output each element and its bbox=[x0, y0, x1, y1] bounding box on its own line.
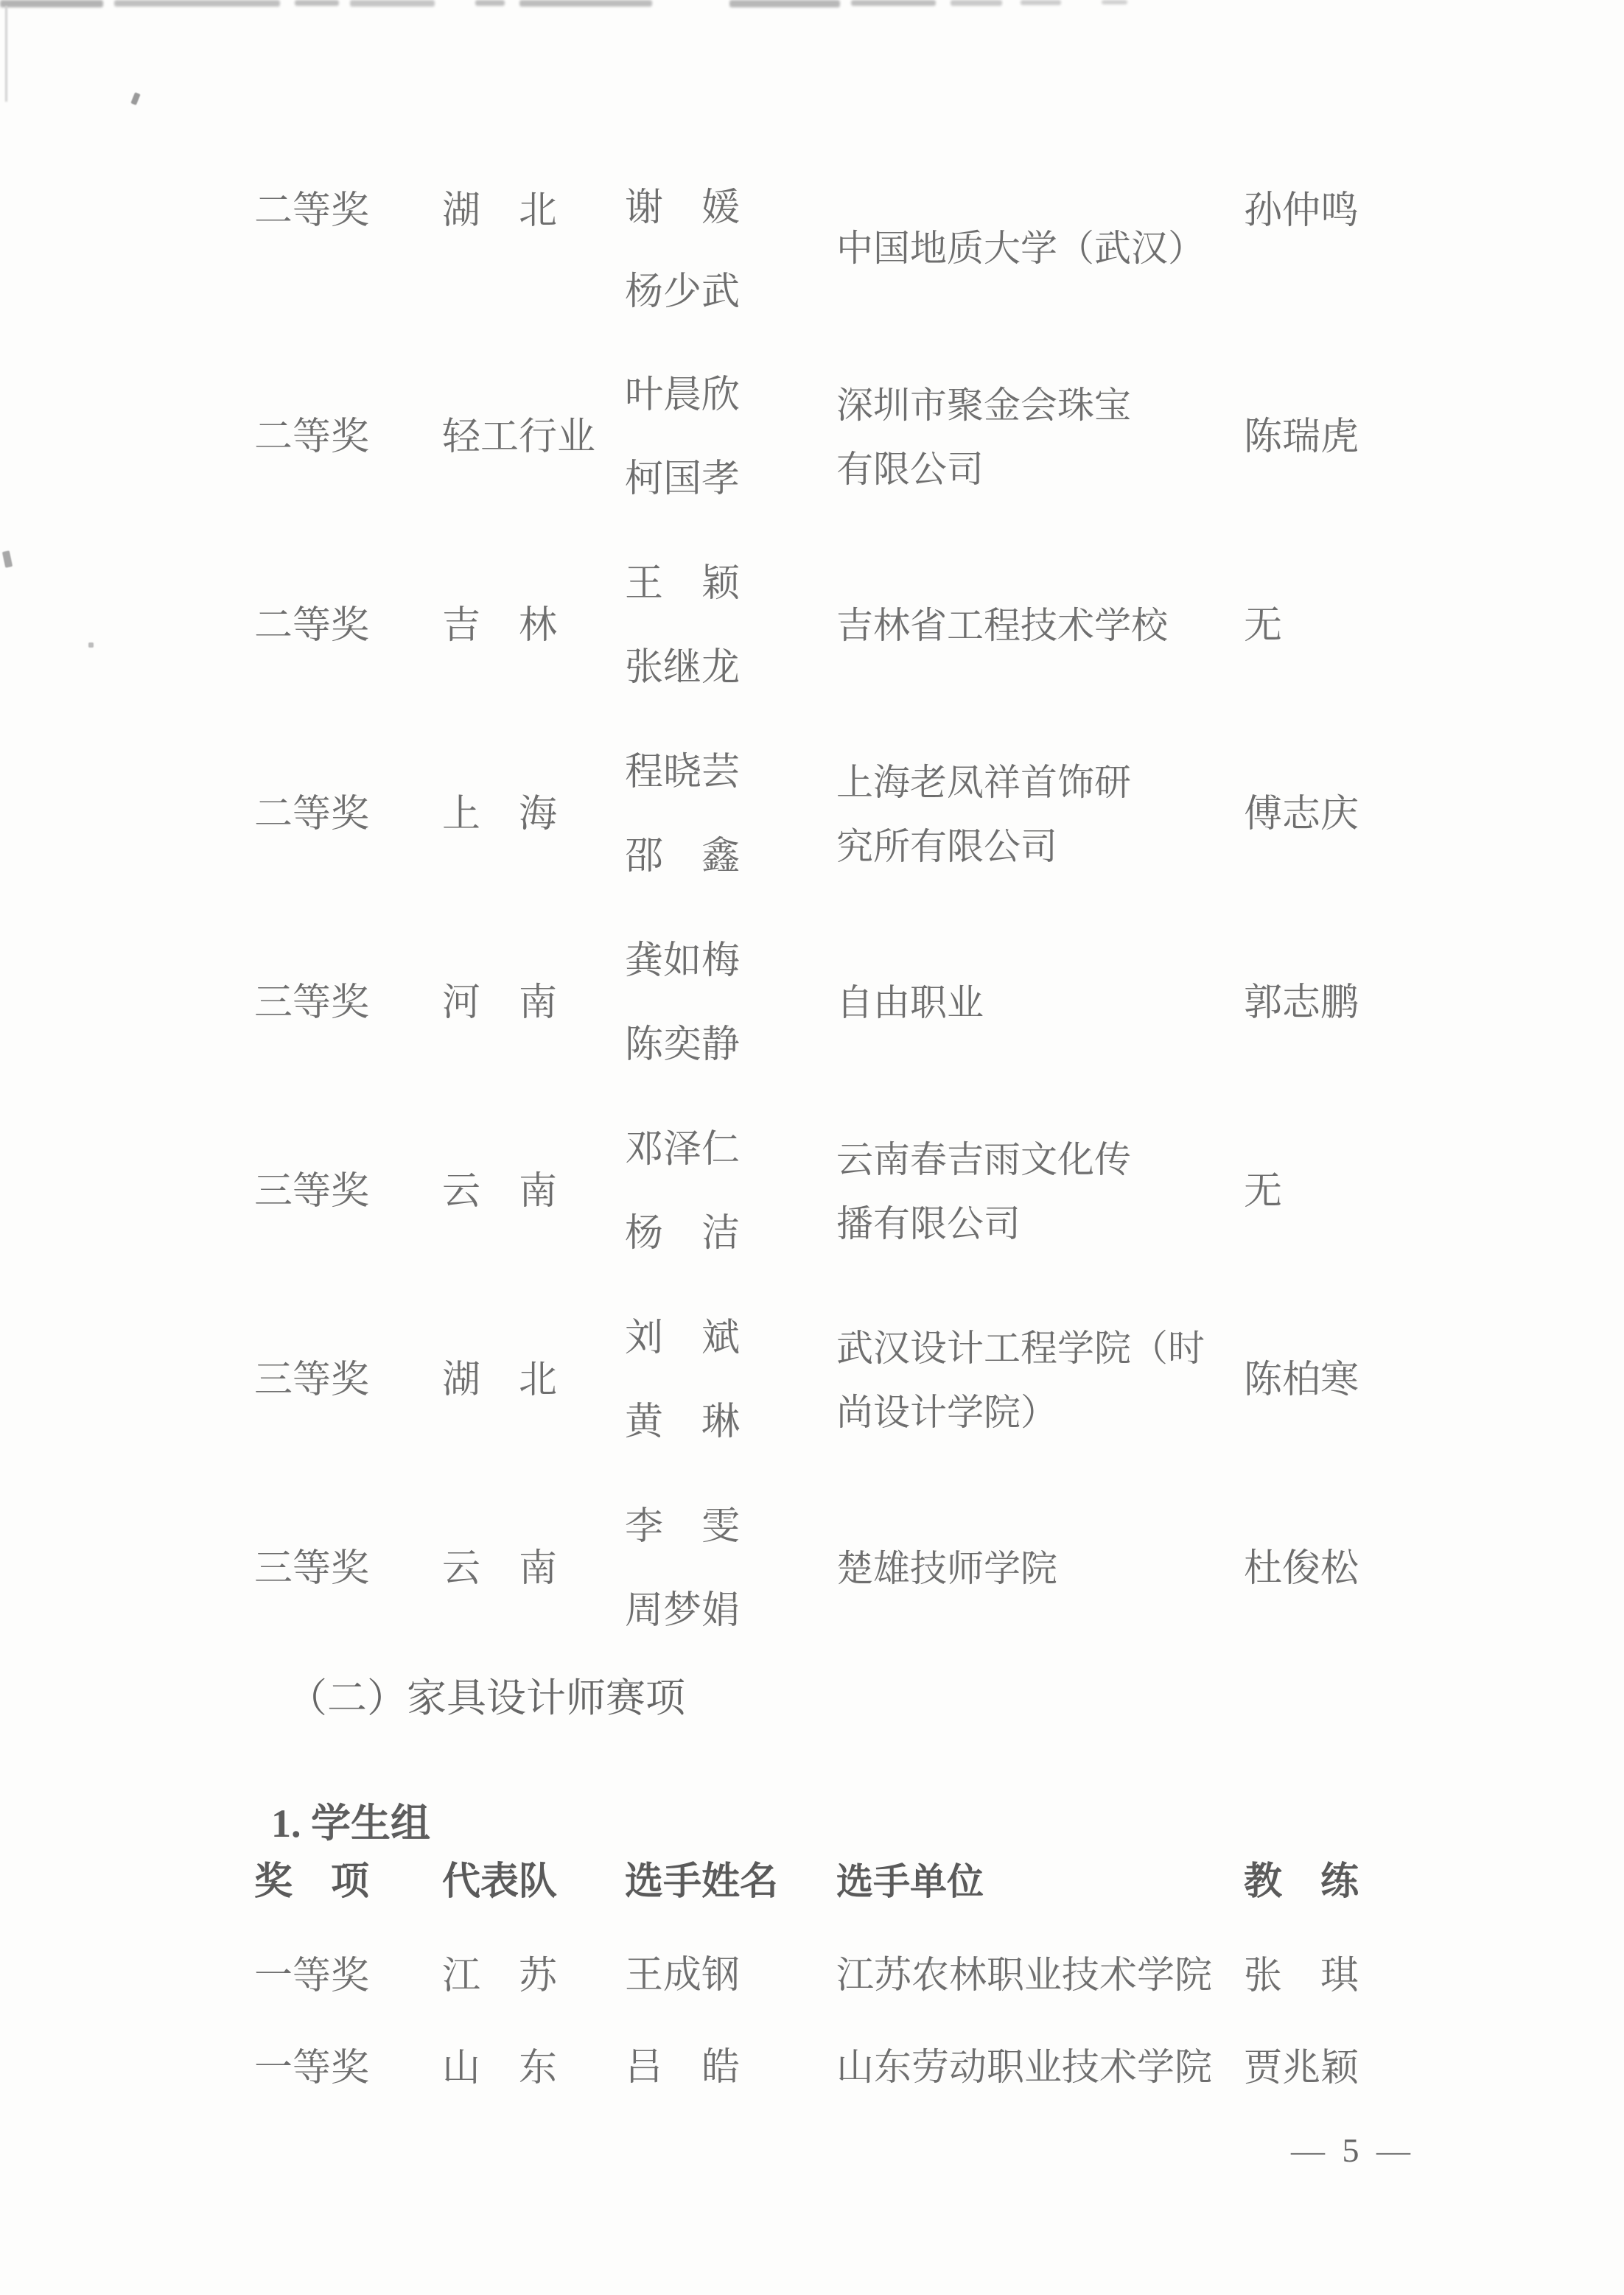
award-cell: 三等奖 bbox=[254, 1475, 431, 1664]
players-cell: 叶晨欣 柯国孝 bbox=[625, 343, 835, 532]
coach-cell: 无 bbox=[1244, 1098, 1450, 1286]
players-cell: 龚如梅 陈奕静 bbox=[625, 909, 835, 1098]
unit-cell: 江苏农林职业技术学院 bbox=[836, 1930, 1242, 2022]
coach-cell: 无 bbox=[1244, 532, 1450, 721]
scan-artifact bbox=[5, 6, 7, 102]
player-cell: 王成钢 bbox=[625, 1930, 835, 2022]
scan-artifact bbox=[1102, 0, 1127, 4]
scan-artifact bbox=[729, 0, 840, 7]
award-cell: 三等奖 bbox=[254, 1098, 431, 1286]
scan-artifact bbox=[951, 0, 1002, 6]
table-row: 二等奖 上 海 程晓芸 邵 鑫 上海老凤祥首饰研 究所有限公司 傅志庆 bbox=[0, 721, 1624, 909]
team-cell: 吉 林 bbox=[442, 532, 623, 721]
coach-cell: 郭志鹏 bbox=[1244, 909, 1450, 1098]
team-cell: 河 南 bbox=[442, 909, 623, 1098]
players-cell: 邓泽仁 杨 洁 bbox=[625, 1098, 835, 1286]
unit-cell: 楚雄技师学院 bbox=[836, 1475, 1242, 1664]
unit-cell: 深圳市聚金会珠宝 有限公司 bbox=[836, 343, 1242, 532]
award-cell: 二等奖 bbox=[254, 721, 431, 909]
scan-artifact bbox=[1021, 0, 1061, 5]
unit-cell: 上海老凤祥首饰研 究所有限公司 bbox=[836, 721, 1242, 909]
table-row: 二等奖 吉 林 王 颖 张继龙 吉林省工程技术学校 无 bbox=[0, 532, 1624, 721]
unit-cell: 自由职业 bbox=[836, 909, 1242, 1098]
header-team: 代表队 bbox=[442, 1846, 623, 1919]
scan-artifact bbox=[114, 0, 280, 7]
players-cell: 程晓芸 邵 鑫 bbox=[625, 721, 835, 909]
section-heading: （二）家具设计师赛项 bbox=[287, 1667, 685, 1723]
team-cell: 湖 北 bbox=[442, 1286, 623, 1475]
table-row: 三等奖 云 南 邓泽仁 杨 洁 云南春吉雨文化传 播有限公司 无 bbox=[0, 1098, 1624, 1286]
unit-cell: 山东劳动职业技术学院 bbox=[836, 2022, 1242, 2114]
table-row: 一等奖 江 苏 王成钢 江苏农林职业技术学院 张 琪 bbox=[0, 1930, 1624, 2022]
award-table-continued: 二等奖 湖 北 谢 媛 杨少武 中国地质大学（武汉） 孙仲鸣 二等奖 轻工行业 … bbox=[0, 155, 1624, 1664]
coach-cell: 贾兆颖 bbox=[1244, 2022, 1450, 2114]
scan-artifact bbox=[851, 0, 936, 6]
student-group-table: 一等奖 江 苏 王成钢 江苏农林职业技术学院 张 琪 一等奖 山 东 吕 皓 山… bbox=[0, 1930, 1624, 2114]
table-row: 三等奖 湖 北 刘 斌 黄 琳 武汉设计工程学院（时 尚设计学院） 陈柏寒 bbox=[0, 1286, 1624, 1475]
team-cell: 云 南 bbox=[442, 1098, 623, 1286]
table-header-row: 奖 项 代表队 选手姓名 选手单位 教 练 bbox=[0, 1846, 1624, 1919]
scan-artifact bbox=[350, 0, 435, 7]
award-cell: 二等奖 bbox=[254, 343, 431, 532]
team-cell: 江 苏 bbox=[442, 1930, 623, 2022]
table-row: 二等奖 湖 北 谢 媛 杨少武 中国地质大学（武汉） 孙仲鸣 bbox=[0, 155, 1624, 343]
award-cell: 一等奖 bbox=[254, 2022, 431, 2114]
table-row: 三等奖 河 南 龚如梅 陈奕静 自由职业 郭志鹏 bbox=[0, 909, 1624, 1098]
header-award: 奖 项 bbox=[254, 1846, 431, 1919]
table-row: 一等奖 山 东 吕 皓 山东劳动职业技术学院 贾兆颖 bbox=[0, 2022, 1624, 2114]
header-coach: 教 练 bbox=[1244, 1846, 1450, 1919]
scan-artifact bbox=[519, 0, 652, 7]
scan-artifact bbox=[475, 0, 505, 6]
page-number: — 5 — bbox=[1291, 2131, 1415, 2170]
players-cell: 王 颖 张继龙 bbox=[625, 532, 835, 721]
team-cell: 轻工行业 bbox=[442, 343, 623, 532]
coach-cell: 傅志庆 bbox=[1244, 721, 1450, 909]
players-cell: 刘 斌 黄 琳 bbox=[625, 1286, 835, 1475]
table-row: 二等奖 轻工行业 叶晨欣 柯国孝 深圳市聚金会珠宝 有限公司 陈瑞虎 bbox=[0, 343, 1624, 532]
scan-artifact bbox=[0, 0, 103, 7]
scanned-document-page: 二等奖 湖 北 谢 媛 杨少武 中国地质大学（武汉） 孙仲鸣 二等奖 轻工行业 … bbox=[0, 0, 1624, 2295]
award-cell: 三等奖 bbox=[254, 1286, 431, 1475]
header-unit: 选手单位 bbox=[836, 1846, 1242, 1919]
unit-cell: 吉林省工程技术学校 bbox=[836, 532, 1242, 721]
coach-cell: 杜俊松 bbox=[1244, 1475, 1450, 1664]
award-cell: 二等奖 bbox=[254, 532, 431, 721]
ink-speck bbox=[130, 92, 140, 105]
team-cell: 上 海 bbox=[442, 721, 623, 909]
team-cell: 山 东 bbox=[442, 2022, 623, 2114]
team-cell: 云 南 bbox=[442, 1475, 623, 1664]
table-row: 三等奖 云 南 李 雯 周梦娟 楚雄技师学院 杜俊松 bbox=[0, 1475, 1624, 1664]
players-cell: 李 雯 周梦娟 bbox=[625, 1475, 835, 1664]
unit-cell: 云南春吉雨文化传 播有限公司 bbox=[836, 1098, 1242, 1286]
header-player: 选手姓名 bbox=[625, 1846, 835, 1919]
award-cell: 三等奖 bbox=[254, 909, 431, 1098]
coach-cell: 张 琪 bbox=[1244, 1930, 1450, 2022]
unit-cell: 武汉设计工程学院（时 尚设计学院） bbox=[836, 1286, 1242, 1475]
player-cell: 吕 皓 bbox=[625, 2022, 835, 2114]
scan-artifact bbox=[295, 0, 339, 6]
players-cell: 谢 媛 杨少武 bbox=[625, 155, 835, 355]
section-subheading: 1. 学生组 bbox=[271, 1792, 430, 1849]
coach-cell: 陈柏寒 bbox=[1244, 1286, 1450, 1475]
unit-cell: 中国地质大学（武汉） bbox=[836, 155, 1242, 343]
award-cell: 一等奖 bbox=[254, 1930, 431, 2022]
coach-cell: 陈瑞虎 bbox=[1244, 343, 1450, 532]
